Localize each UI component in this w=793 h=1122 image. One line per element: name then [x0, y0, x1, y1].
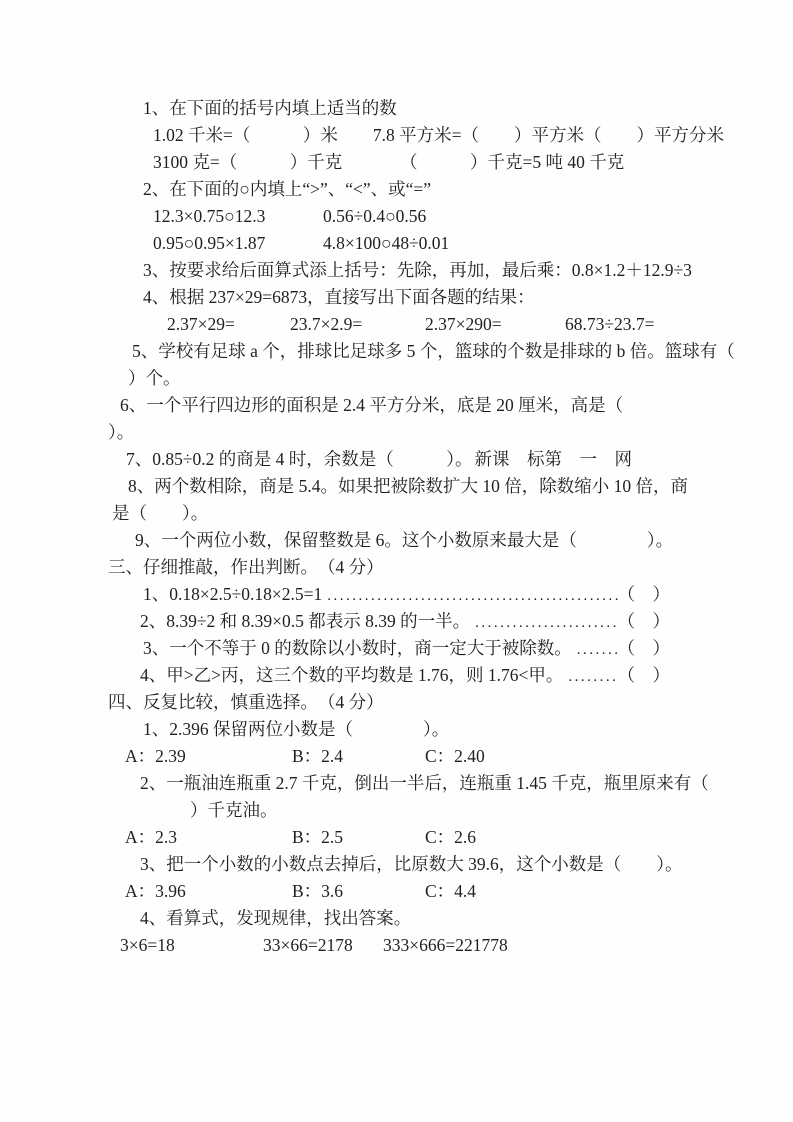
item-1-line-2: 3100 克=（ ）千克 （ ）千克=5 吨 40 千克 [153, 149, 793, 176]
derived-expr-4: 68.73÷23.7= [565, 311, 654, 338]
choice-3-question: 3、把一个小数的小数点去掉后，比原数大 39.6，这个小数是（ ）。 [140, 851, 793, 878]
option-b: B：2.5 [292, 824, 425, 851]
compare-expr-1: 12.3×0.75○12.3 [153, 203, 323, 230]
item-9: 9、一个两位小数，保留整数是 6。这个小数原来最大是（ ）。 [135, 527, 793, 554]
watermark-text: 新课 标第 一 网 [474, 446, 632, 473]
answer-blank: （ ） [618, 608, 671, 635]
dotted-leader: ........................................… [563, 664, 617, 691]
item-2-line-2: 0.95○0.95×1.87 4.8×100○48÷0.01 [153, 230, 793, 257]
item-6: 6、一个平行四边形的面积是 2.4 平方分米，底是 20 厘米，高是（ [120, 392, 793, 419]
option-c: C：4.4 [425, 878, 476, 905]
judgment-item-3: 3、一个不等于 0 的数除以小数时，商一定大于被除数。 ............… [143, 635, 670, 662]
item-5-continued: ）个。 [128, 365, 793, 392]
compare-expr-3: 0.95○0.95×1.87 [153, 230, 323, 257]
option-a: A：2.39 [125, 743, 292, 770]
item-3: 3、按要求给后面算式添上括号：先除，再加，最后乘：0.8×1.2＋12.9÷3 [143, 257, 793, 284]
choice-3-options: A：3.96 B：3.6 C：4.4 [125, 878, 793, 905]
pattern-expr-1: 3×6=18 [120, 932, 263, 959]
derived-expr-1: 2.37×29= [167, 311, 290, 338]
item-8-continued: 是（ ）。 [112, 500, 793, 527]
choice-2-options: A：2.3 B：2.5 C：2.6 [125, 824, 793, 851]
derived-expr-2: 23.7×2.9= [290, 311, 425, 338]
answer-blank: （ ） [618, 581, 671, 608]
judgment-4-text: 4、甲>乙>丙，这三个数的平均数是 1.76，则 1.76<甲。 [140, 662, 563, 689]
derived-expr-3: 2.37×290= [425, 311, 565, 338]
option-b: B：2.4 [292, 743, 425, 770]
item-1-line-1: 1.02 千米=（ ）米 7.8 平方米=（ ）平方米（ ）平方分米 [153, 122, 793, 149]
option-c: C：2.40 [425, 743, 485, 770]
judgment-item-1: 1、0.18×2.5÷0.18×2.5=1 ..................… [143, 581, 670, 608]
item-8: 8、两个数相除，商是 5.4。如果把被除数扩大 10 倍，除数缩小 10 倍，商 [128, 473, 793, 500]
item-4-heading: 4、根据 237×29=6873，直接写出下面各题的结果： [143, 284, 793, 311]
unit-conversion-left: 3100 克=（ ）千克 [153, 149, 400, 176]
judgment-3-text: 3、一个不等于 0 的数除以小数时，商一定大于被除数。 [143, 635, 572, 662]
option-b: B：3.6 [292, 878, 425, 905]
choice-4-question: 4、看算式，发现规律，找出答案。 [140, 905, 793, 932]
compare-expr-4: 4.8×100○48÷0.01 [323, 230, 449, 257]
compare-expr-2: 0.56÷0.4○0.56 [323, 203, 426, 230]
pattern-expr-2: 33×66=2178 [263, 932, 383, 959]
choice-4-pattern: 3×6=18 33×66=2178 333×666=221778 [120, 932, 793, 959]
choice-2-question: 2、一瓶油连瓶重 2.7 千克，倒出一半后，连瓶重 1.45 千克，瓶里原来有（ [140, 770, 793, 797]
item-2-line-1: 12.3×0.75○12.3 0.56÷0.4○0.56 [153, 203, 793, 230]
dotted-leader: ........................................… [470, 610, 617, 637]
item-7-text: 7、0.85÷0.2 的商是 4 时，余数是（ ）。 [126, 446, 472, 473]
option-a: A：3.96 [125, 878, 292, 905]
pattern-expr-3: 333×666=221778 [383, 932, 508, 959]
item-1-heading: 1、在下面的括号内填上适当的数 [143, 95, 793, 122]
section-4-heading: 四、反复比较，慎重选择。 （4 分） [108, 689, 793, 716]
unit-conversion-right: （ ）千克=5 吨 40 千克 [400, 149, 624, 176]
answer-blank: （ ） [618, 662, 671, 689]
item-5: 5、学校有足球 a 个，排球比足球多 5 个，篮球的个数是排球的 b 倍。篮球有… [132, 338, 793, 365]
choice-2-continued: ）千克油。 [190, 797, 793, 824]
judgment-1-text: 1、0.18×2.5÷0.18×2.5=1 [143, 581, 322, 608]
choice-1-options: A：2.39 B：2.4 C：2.40 [125, 743, 793, 770]
section-3-heading: 三、仔细推敲，作出判断。 （4 分） [108, 554, 793, 581]
option-a: A：2.3 [125, 824, 292, 851]
judgment-item-2: 2、8.39÷2 和 8.39×0.5 都表示 8.39 的一半。 ......… [140, 608, 670, 635]
dotted-leader: ........................................… [572, 637, 618, 664]
option-c: C：2.6 [425, 824, 476, 851]
item-6-continued: ）。 [108, 419, 793, 446]
worksheet-page: 1、在下面的括号内填上适当的数 1.02 千米=（ ）米 7.8 平方米=（ ）… [0, 0, 793, 1122]
choice-1-question: 1、2.396 保留两位小数是（ ）。 [143, 716, 793, 743]
judgment-item-4: 4、甲>乙>丙，这三个数的平均数是 1.76，则 1.76<甲。 .......… [140, 662, 670, 689]
item-2-heading: 2、在下面的○内填上“>”、“<”、或“=” [143, 176, 793, 203]
worksheet-content: 1、在下面的括号内填上适当的数 1.02 千米=（ ）米 7.8 平方米=（ ）… [0, 0, 793, 959]
item-7: 7、0.85÷0.2 的商是 4 时，余数是（ ）。 新课 标第 一 网 [126, 446, 793, 473]
item-4-answers: 2.37×29= 23.7×2.9= 2.37×290= 68.73÷23.7= [167, 311, 793, 338]
judgment-2-text: 2、8.39÷2 和 8.39×0.5 都表示 8.39 的一半。 [140, 608, 470, 635]
dotted-leader: ........................................… [322, 583, 617, 610]
answer-blank: （ ） [618, 635, 671, 662]
